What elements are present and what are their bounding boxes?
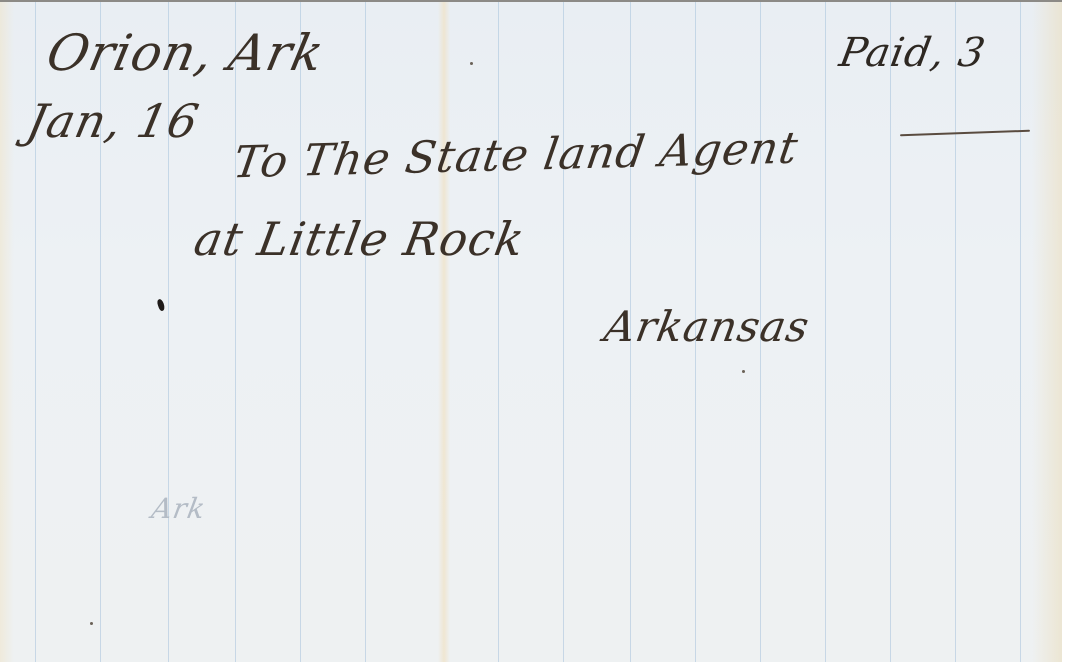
ruled-line [498,2,499,662]
address-line-2: at Little Rock [190,212,529,266]
postage-rate: Paid, 3 [836,30,989,76]
pencil-notation: Ark [149,492,208,525]
ink-blot [156,298,166,311]
ruled-line [890,2,891,662]
origin-postmark: Orion, Ark [42,24,330,82]
ruled-line [365,2,366,662]
paper-fold [438,2,450,662]
ink-speck [470,62,473,65]
address-line-3: Arkansas [601,302,814,351]
ink-speck [742,370,745,373]
ink-speck [90,622,93,625]
date-postmark: Jan, 16 [22,94,204,148]
ruled-line [825,2,826,662]
ruled-line [563,2,564,662]
ruled-line [955,2,956,662]
ruled-line [1020,2,1021,662]
letter-sheet: Orion, Ark Jan, 16 Paid, 3 To The State … [0,0,1062,662]
ruled-line [235,2,236,662]
pen-flourish [900,130,1030,137]
ruled-line [300,2,301,662]
address-line-1: To The State land Agent [230,123,802,189]
